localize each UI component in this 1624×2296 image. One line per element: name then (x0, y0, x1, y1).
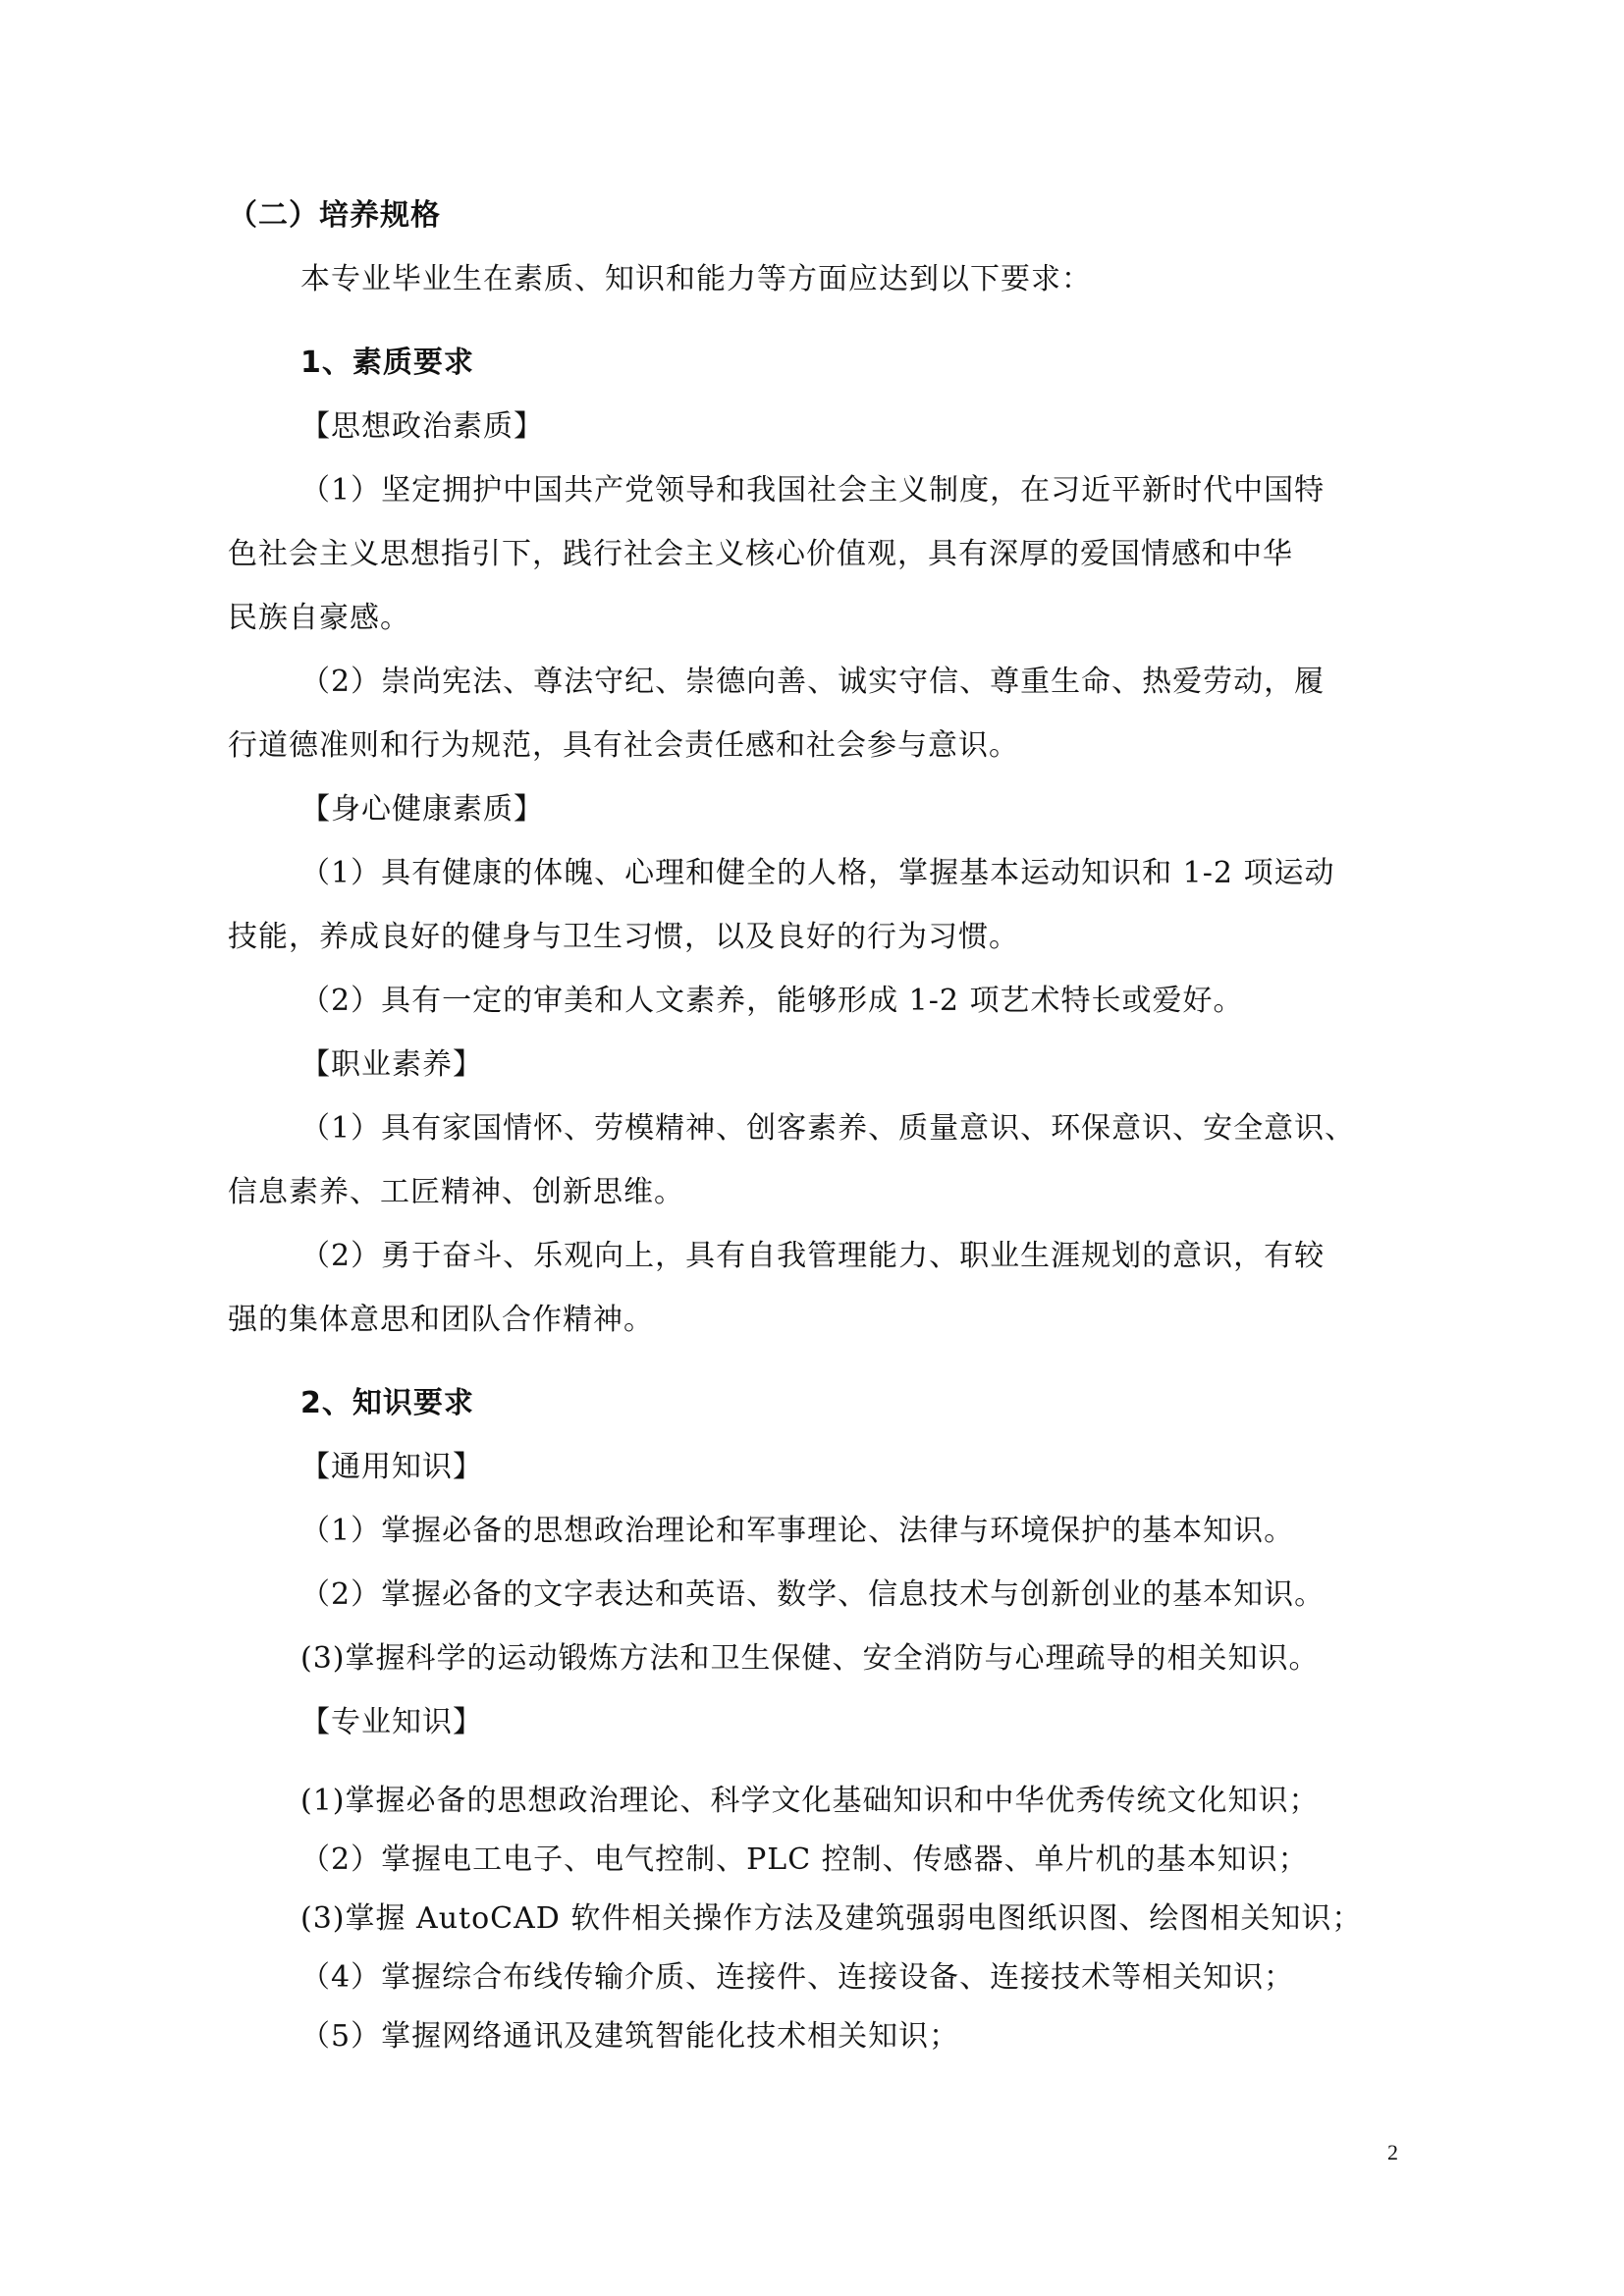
specialized-knowledge-item: （4）掌握综合布线传输介质、连接件、连接设备、连接技术等相关知识； (300, 1958, 1294, 1998)
health-item2: （2）具有一定的审美和人文素养，能够形成 1-2 项艺术特长或爱好。 (300, 982, 1243, 1021)
knowledge-heading: 2、知识要求 (300, 1384, 474, 1423)
specialized-knowledge-item: (3)掌握 AutoCAD 软件相关操作方法及建筑强弱电图纸识图、绘图相关知识； (300, 1899, 1362, 1939)
specialized-knowledge-item: (1)掌握必备的思想政治理论、科学文化基础知识和中华优秀传统文化知识； (300, 1782, 1320, 1821)
health-item1-line2: 技能，养成良好的健身与卫生习惯，以及良好的行为习惯。 (228, 918, 1019, 957)
general-knowledge-item: （1）掌握必备的思想政治理论和军事理论、法律与环境保护的基本知识。 (300, 1512, 1294, 1551)
general-knowledge-item: (3)掌握科学的运动锻炼方法和卫生保健、安全消防与心理疏导的相关知识。 (300, 1639, 1320, 1679)
professional-item1-line2: 信息素养、工匠精神、创新思维。 (228, 1173, 684, 1212)
ideological-item2-line1: （2）崇尚宪法、尊法守纪、崇德向善、诚实守信、尊重生命、热爱劳动，履 (300, 663, 1325, 702)
page-number: 2 (1387, 2140, 1398, 2165)
quality-heading: 1、素质要求 (300, 344, 474, 383)
professional-label: 【职业素养】 (300, 1045, 483, 1085)
ideological-item1-line2: 色社会主义思想指引下，践行社会主义核心价值观，具有深厚的爱国情感和中华 (228, 535, 1293, 574)
professional-item2-line2: 强的集体意思和团队合作精神。 (228, 1301, 654, 1340)
intro-paragraph: 本专业毕业生在素质、知识和能力等方面应达到以下要求： (300, 260, 1092, 299)
ideological-item2-line2: 行道德准则和行为规范，具有社会责任感和社会参与意识。 (228, 726, 1019, 766)
ideological-item1-line1: （1）坚定拥护中国共产党领导和我国社会主义制度，在习近平新时代中国特 (300, 471, 1325, 510)
document-page: （二）培养规格 本专业毕业生在素质、知识和能力等方面应达到以下要求： 1、素质要… (0, 0, 1624, 2296)
section-title: （二）培养规格 (228, 196, 441, 236)
specialized-knowledge-item: （5）掌握网络通讯及建筑智能化技术相关知识； (300, 2017, 959, 2056)
health-item1-line1: （1）具有健康的体魄、心理和健全的人格，掌握基本运动知识和 1-2 项运动 (300, 854, 1334, 893)
specialized-knowledge-label: 【专业知识】 (300, 1703, 483, 1742)
professional-item1-line1: （1）具有家国情怀、劳模精神、创客素养、质量意识、环保意识、安全意识、 (300, 1109, 1355, 1148)
ideological-item1-line3: 民族自豪感。 (228, 599, 410, 638)
general-knowledge-label: 【通用知识】 (300, 1448, 483, 1487)
specialized-knowledge-item: （2）掌握电工电子、电气控制、PLC 控制、传感器、单片机的基本知识； (300, 1841, 1309, 1880)
general-knowledge-item: （2）掌握必备的文字表达和英语、数学、信息技术与创新创业的基本知识。 (300, 1575, 1325, 1615)
ideological-label: 【思想政治素质】 (300, 407, 544, 447)
health-label: 【身心健康素质】 (300, 790, 544, 829)
professional-item2-line1: （2）勇于奋斗、乐观向上，具有自我管理能力、职业生涯规划的意识，有较 (300, 1237, 1325, 1276)
